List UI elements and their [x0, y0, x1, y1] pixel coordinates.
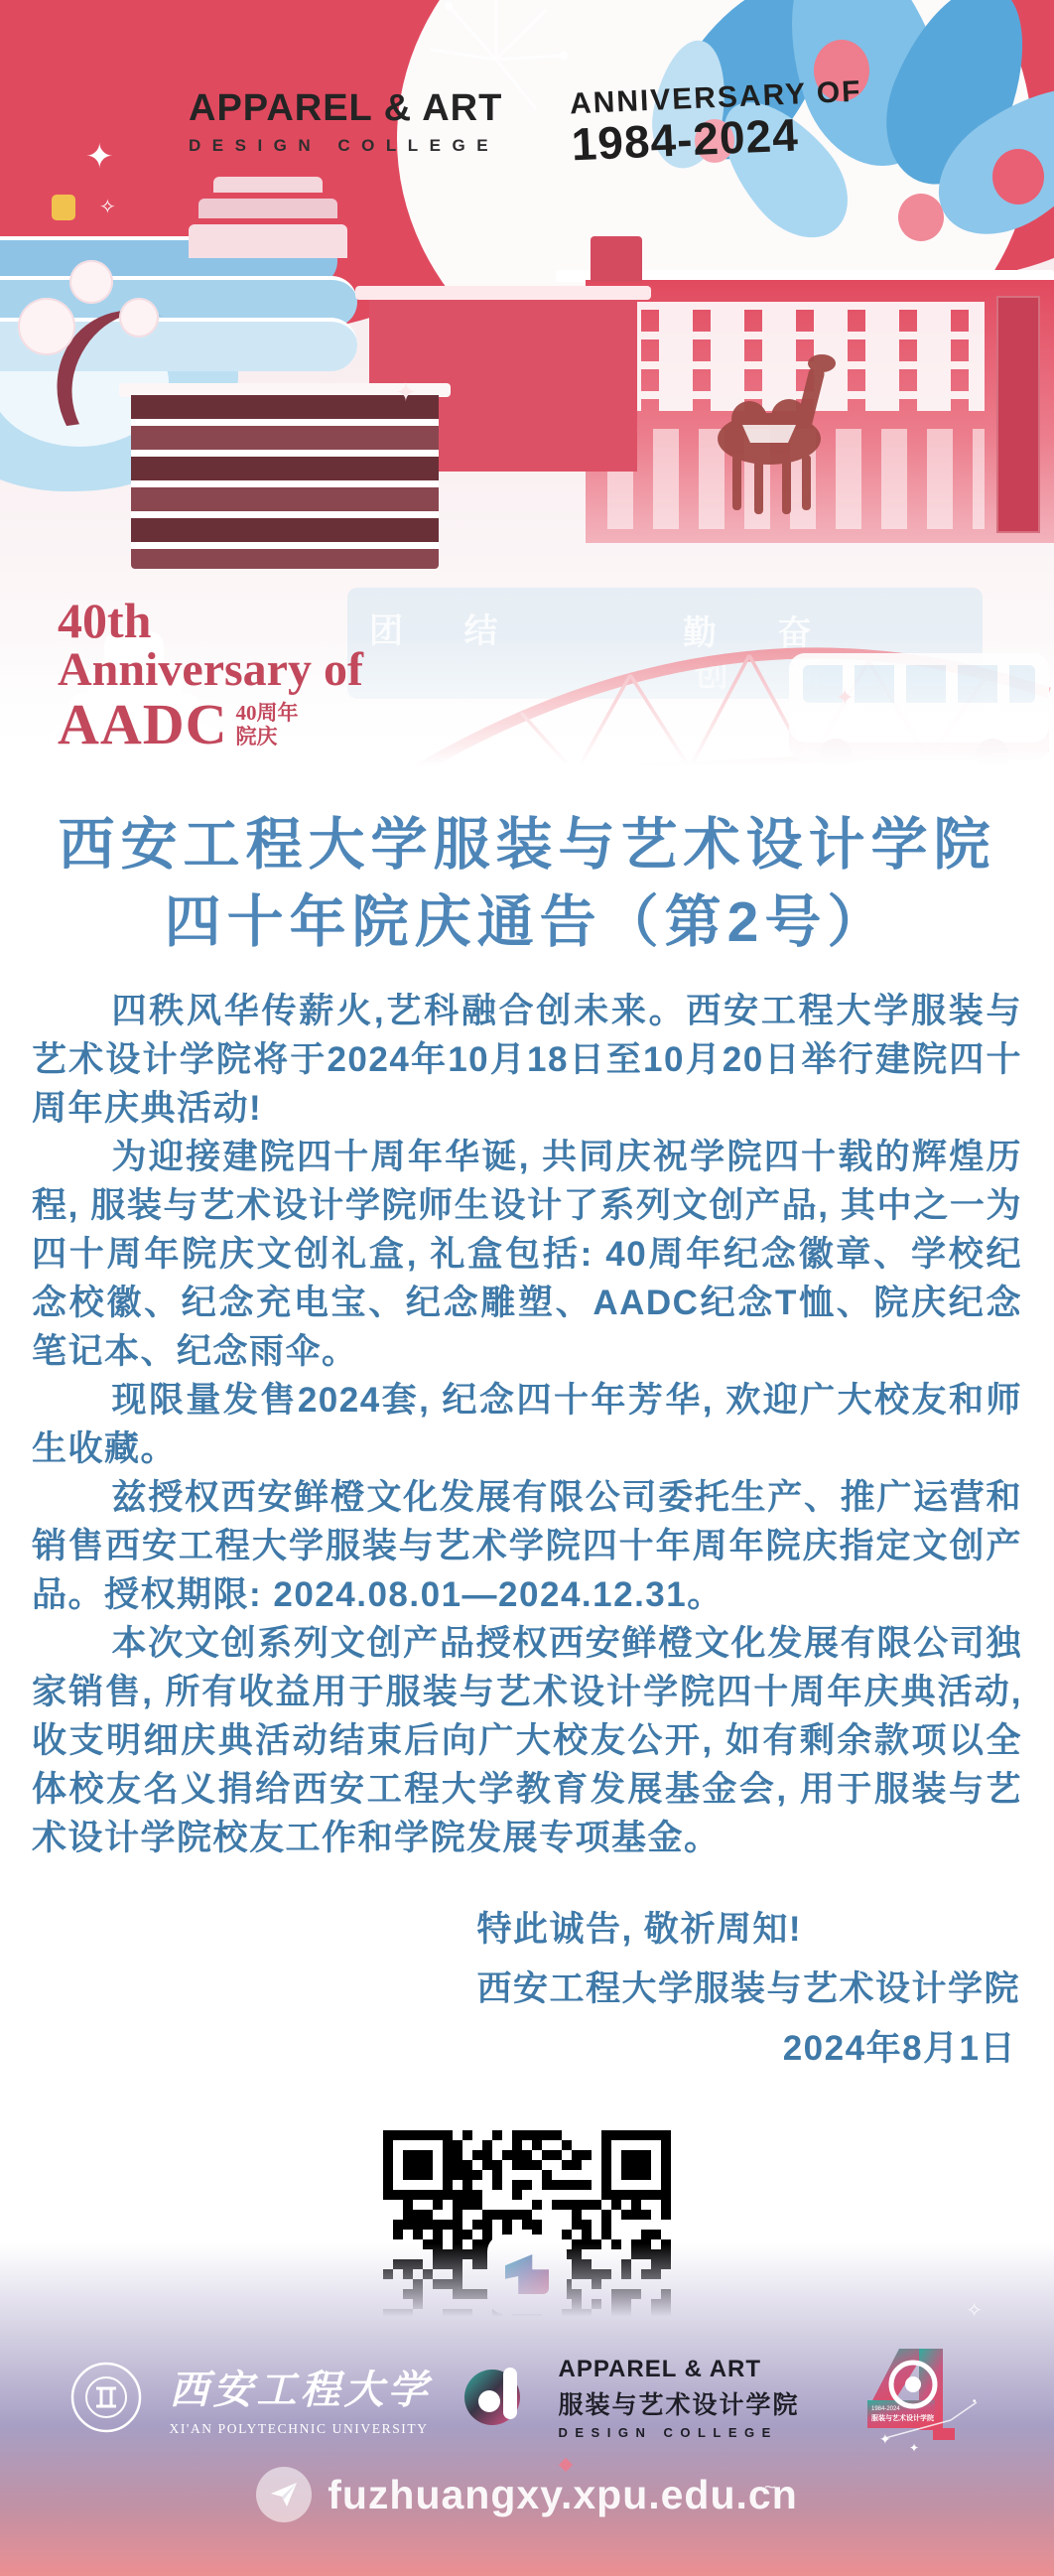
banner-illustration: 团 结 勤 奋 创 新 [0, 0, 1054, 784]
footer-website-text: fuzhuangxy.xpu.edu.cn [328, 2472, 798, 2518]
pagoda-roof-shape [198, 199, 337, 218]
blossom-shape [119, 298, 159, 338]
lantern-shape [52, 195, 75, 220]
notice-title-line1: 西安工程大学服装与艺术设计学院 [0, 806, 1054, 883]
notice-signoff: 特此诚告, 敬祈周知! 西安工程大学服装与艺术设计学院 2024年8月1日 [476, 1900, 1020, 2079]
anniv-40th-cn-line1: 40周年 [236, 701, 299, 725]
svg-text:•: • [973, 2396, 977, 2407]
anniv-40th-aadc: AADC [58, 695, 228, 753]
pink-fruit-shape [992, 149, 1044, 204]
paper-plane-icon [256, 2467, 312, 2522]
dark-striped-building-shape [131, 395, 439, 569]
college-name-en: APPAREL & ART [189, 87, 502, 130]
university-name-cn: 西安工程大学 [169, 2359, 397, 2415]
anniv-40th-block: 40th Anniversary of AADC 40周年 院庆 [58, 596, 363, 753]
pink-fruit-shape [898, 194, 944, 241]
footer-band: ✧ ~ 西安工程大学 XI'AN POLYTECHNIC UNIVERSITY [0, 2243, 1054, 2576]
banner-college-wordmark: APPAREL & ART DESIGN COLLEGE [189, 87, 502, 156]
signoff-closing: 特此诚告, 敬祈周知! [476, 1900, 1020, 1960]
building-side-column [996, 296, 1040, 533]
camel-illustration [645, 328, 873, 526]
svg-text:服装与艺术设计学院: 服装与艺术设计学院 [871, 2413, 934, 2422]
sparkle-icon: ✦ [85, 137, 114, 177]
footer-website-row: fuzhuangxy.xpu.edu.cn [0, 2467, 1054, 2522]
mid-building-roof [355, 286, 651, 300]
notice-body: 四秩风华传薪火,艺科融合创未来。西安工程大学服装与艺术设计学院将于2024年10… [32, 987, 1022, 1862]
college-subname-en: DESIGN COLLEGE [189, 136, 502, 156]
svg-text:1984-2024: 1984-2024 [871, 2406, 900, 2412]
anniversary-40-logo-icon: 1984-2024 服装与艺术设计学院 ✦ ✦ • [856, 2343, 985, 2452]
pagoda-roof-shape [213, 177, 323, 193]
svg-text:✦: ✦ [879, 2431, 891, 2447]
anniv-40th-cn-line2: 院庆 [236, 725, 299, 748]
footer-logos-row: 西安工程大学 XI'AN POLYTECHNIC UNIVERSITY APPA… [0, 2343, 1054, 2452]
sparkle-icon: ✧ [99, 195, 116, 219]
signoff-date: 2024年8月1日 [476, 2019, 1020, 2079]
body-paragraph: 为迎接建院四十周年华诞, 共同庆祝学院四十载的辉煌历程, 服装与艺术设计学院师生… [32, 1133, 1022, 1376]
sparkle-icon: ✦ [395, 377, 417, 408]
aadc-d-logo-icon [462, 2360, 532, 2435]
chimney-shape [591, 236, 642, 282]
anniv-40th-line2: Anniversary of [58, 646, 363, 695]
anniversary-notice-poster: 团 结 勤 奋 创 新 [0, 0, 1054, 2576]
banner-anniversary-wordmark: ANNIVERSARY OF 1984-2024 [569, 75, 864, 172]
body-paragraph: 四秩风华传薪火,艺科融合创未来。西安工程大学服装与艺术设计学院将于2024年10… [32, 987, 1022, 1133]
university-name-block: 西安工程大学 XI'AN POLYTECHNIC UNIVERSITY [169, 2359, 397, 2437]
aadc-college-block: APPAREL & ART 服装与艺术设计学院 DESIGN COLLEGE [558, 2356, 799, 2440]
aadc-college-sub: DESIGN COLLEGE [558, 2425, 799, 2440]
signoff-issuer: 西安工程大学服装与艺术设计学院 [476, 1960, 1020, 2019]
anniv-40th-cn: 40周年 院庆 [236, 701, 299, 748]
body-paragraph: 现限量发售2024套, 纪念四十年芳华, 欢迎广大校友和师生收藏。 [32, 1376, 1022, 1473]
pagoda-roof-shape [189, 224, 347, 258]
bird-icon: ✧ [966, 2298, 983, 2323]
university-name-en: XI'AN POLYTECHNIC UNIVERSITY [169, 2421, 397, 2437]
body-paragraph: 兹授权西安鲜橙文化发展有限公司委托生产、推广运营和销售西安工程大学服装与艺术学院… [32, 1473, 1022, 1619]
aadc-college-en: APPAREL & ART [558, 2356, 799, 2383]
blossom-shape [18, 298, 75, 355]
anniv-40th-line1: 40th [58, 596, 363, 646]
body-paragraph: 本次文创系列文创产品授权西安鲜橙文化发展有限公司独家销售, 所有收益用于服装与艺… [32, 1619, 1022, 1862]
blossom-shape [69, 260, 113, 304]
notice-title-line2: 四十年院庆通告（第2号） [0, 883, 1054, 961]
svg-text:✦: ✦ [909, 2441, 919, 2452]
university-seal-icon [69, 2361, 143, 2434]
notice-title: 西安工程大学服装与艺术设计学院 四十年院庆通告（第2号） [0, 806, 1054, 961]
aadc-college-cn: 服装与艺术设计学院 [558, 2385, 799, 2421]
